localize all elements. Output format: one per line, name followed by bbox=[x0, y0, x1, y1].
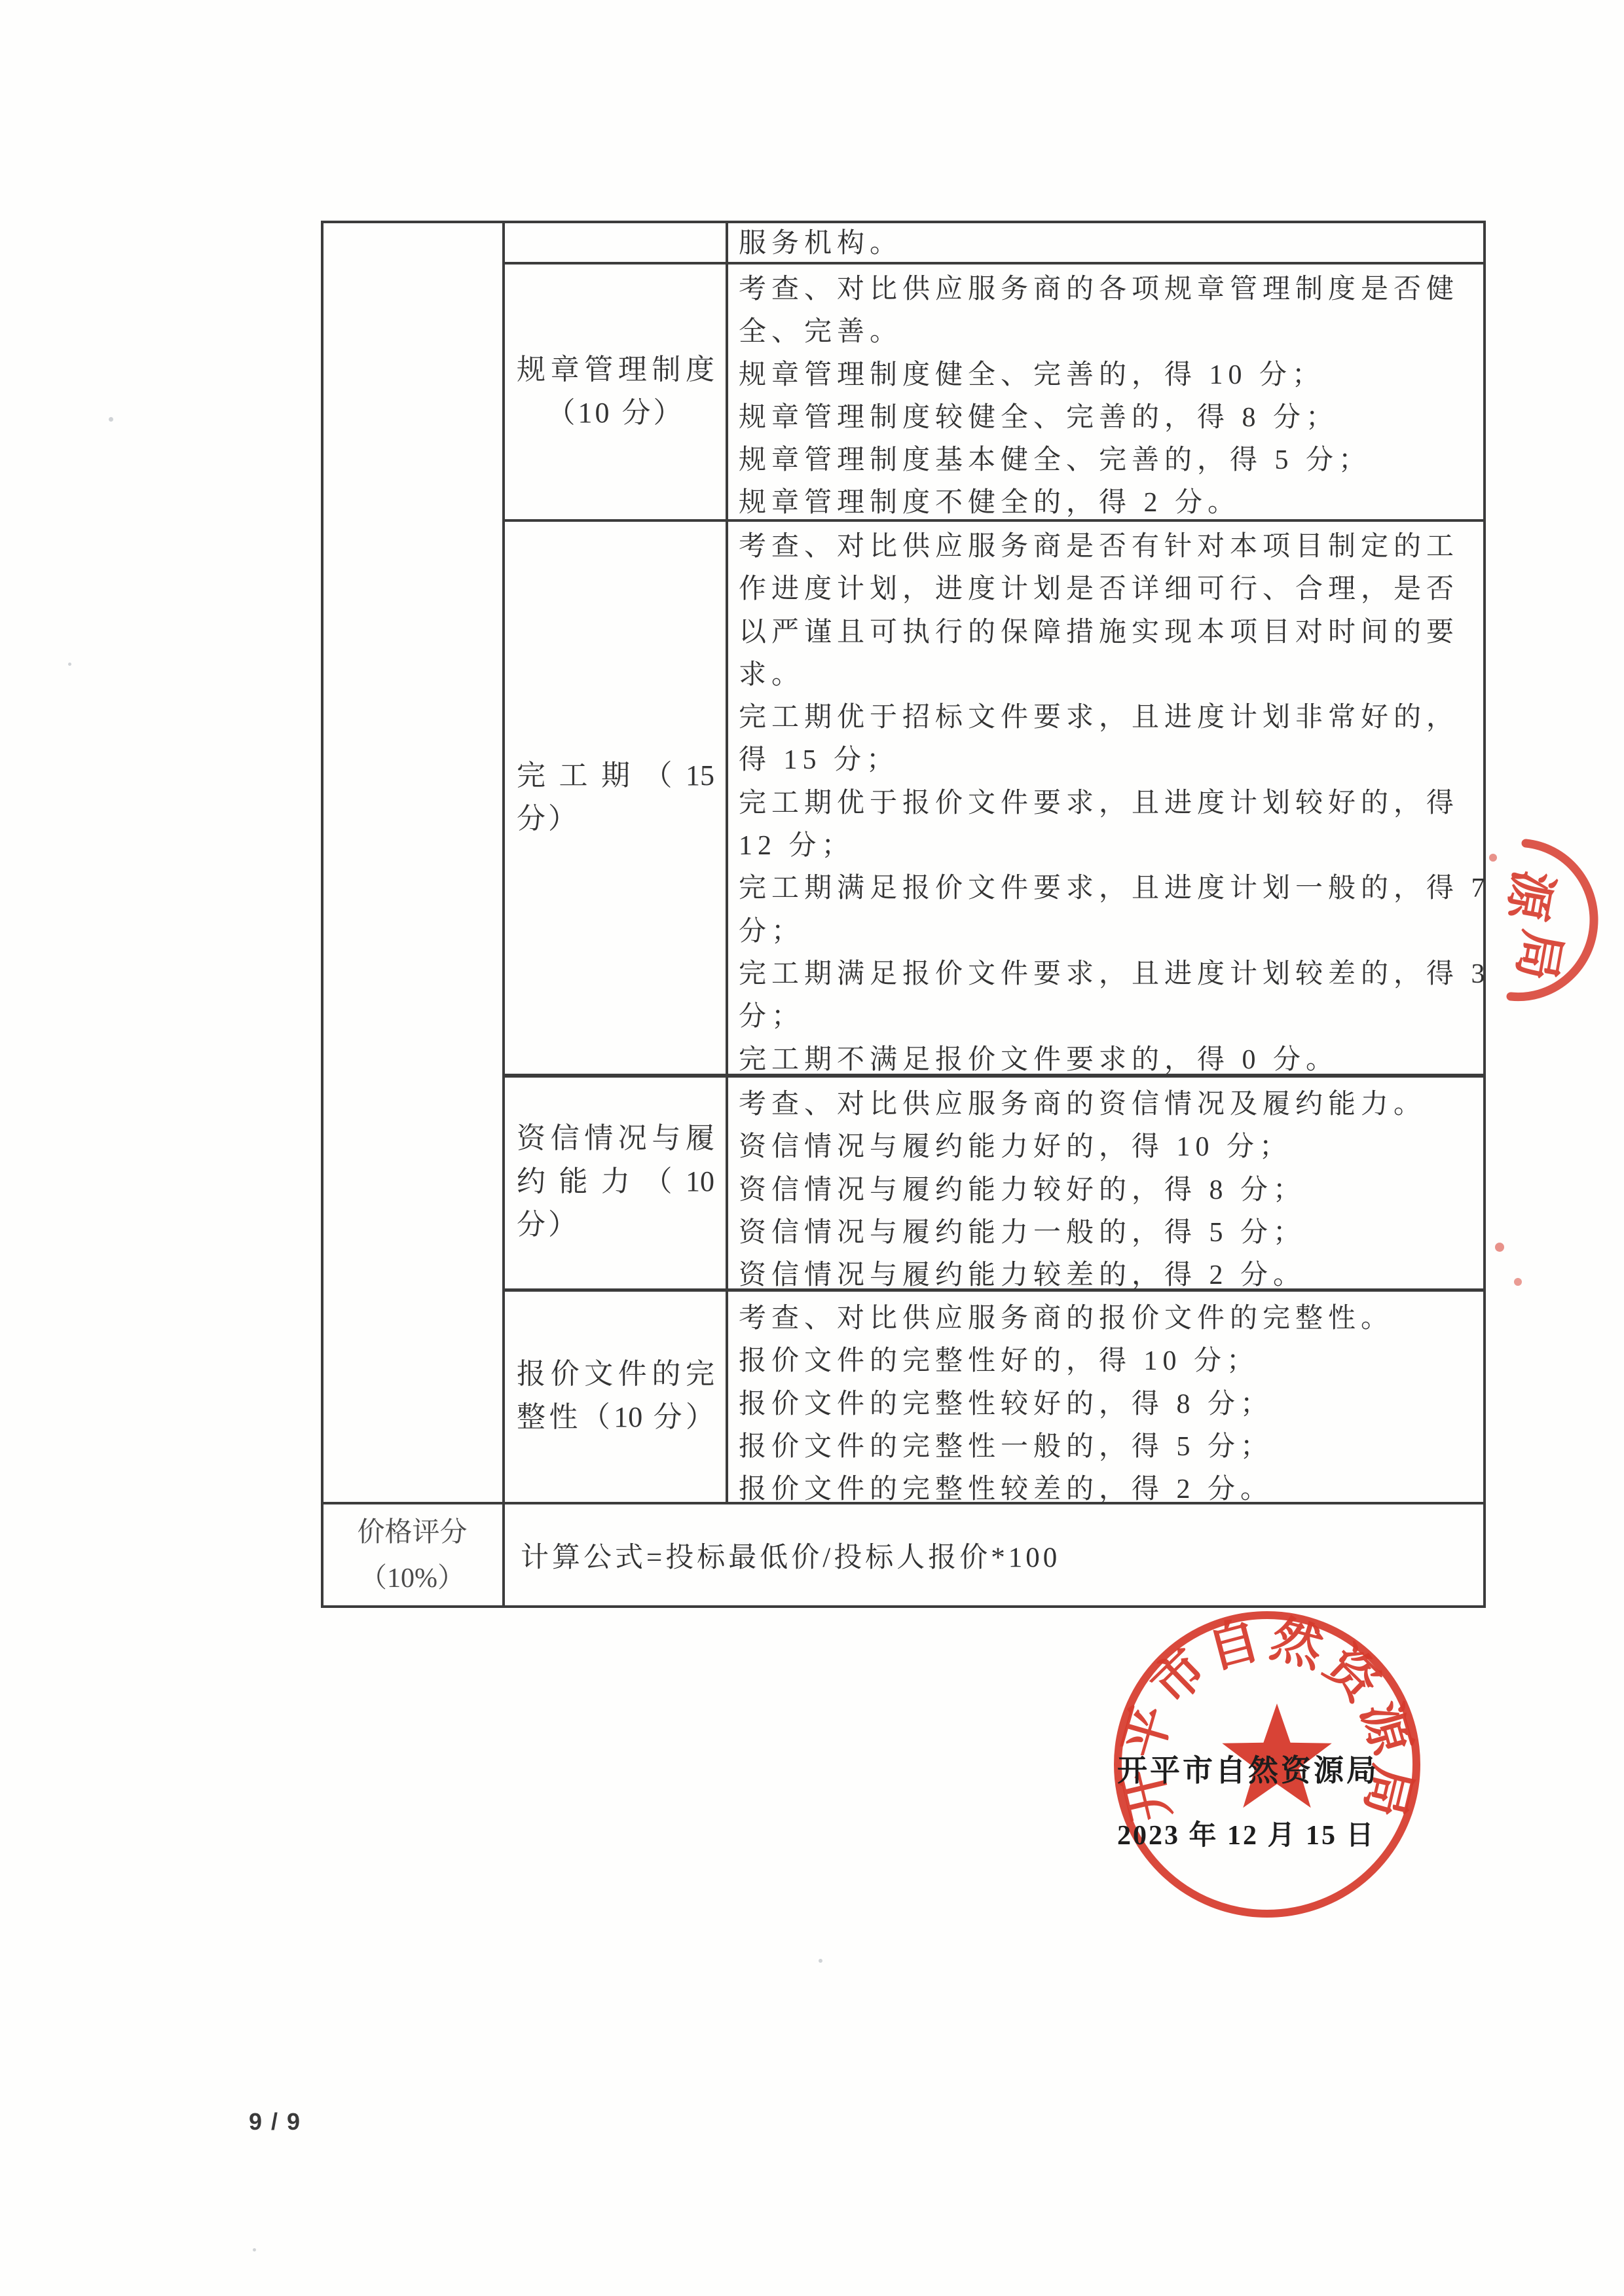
signature-date: 2023 年 12 月 15 日 bbox=[1117, 1813, 1376, 1853]
criterion-text-line: 规章管理制度健全、完善的，得 10 分； bbox=[739, 354, 1473, 397]
criterion-name-line: 分） bbox=[517, 797, 714, 841]
partial-seal-char-1: 源 bbox=[1498, 866, 1560, 926]
col-divider-1 bbox=[502, 221, 505, 1608]
criterion-name-line: （10 分） bbox=[517, 392, 714, 435]
seal-ink-speck bbox=[1514, 1278, 1522, 1286]
criterion-text-line: 分； bbox=[739, 911, 1473, 953]
signature-organization: 开平市自然资源局 bbox=[1117, 1747, 1379, 1790]
criterion-text-line: 考查、对比供应服务商的报价文件的完整性。 bbox=[739, 1298, 1473, 1340]
dust-speck bbox=[109, 417, 113, 422]
criterion-text-line: 考查、对比供应服务商的各项规章管理制度是否健 bbox=[739, 268, 1473, 311]
criterion-text-line: 规章管理制度不健全的，得 2 分。 bbox=[739, 482, 1473, 524]
criterion-desc-credit: 考查、对比供应服务商的资信情况及履约能力。资信情况与履约能力好的，得 10 分；… bbox=[739, 1084, 1473, 1297]
criterion-text-line: 完工期不满足报价文件要求的，得 0 分。 bbox=[739, 1039, 1473, 1082]
criterion-desc-rules: 考查、对比供应服务商的各项规章管理制度是否健全、完善。规章管理制度健全、完善的，… bbox=[739, 268, 1473, 525]
seal-ink-speck bbox=[1495, 1243, 1504, 1252]
criterion-text-line: 得 15 分； bbox=[739, 739, 1473, 782]
table-border-top bbox=[321, 221, 1486, 223]
dust-speck bbox=[253, 2248, 256, 2251]
col-divider-2 bbox=[726, 221, 728, 1503]
criterion-text-line: 报价文件的完整性一般的，得 5 分； bbox=[739, 1426, 1473, 1468]
seal-ink-speck bbox=[1489, 854, 1497, 862]
criterion-name-line: 整性（10 分） bbox=[517, 1396, 714, 1439]
price-score-line: （10%） bbox=[360, 1556, 465, 1601]
criterion-text-line: 完工期满足报价文件要求，且进度计划较差的，得 3 bbox=[739, 953, 1473, 996]
price-score-line: 价格评分 bbox=[357, 1510, 467, 1556]
criterion-text-line: 报价文件的完整性好的，得 10 分； bbox=[739, 1340, 1473, 1383]
criterion-name-line: 约能力（10 bbox=[517, 1160, 714, 1203]
criterion-name-line: 规章管理制度 bbox=[517, 348, 714, 392]
criterion-desc-completion: 考查、对比供应服务商是否有针对本项目制定的工作进度计划，进度计划是否详细可行、合… bbox=[739, 526, 1473, 1082]
criterion-text-line: 资信情况与履约能力一般的，得 5 分； bbox=[739, 1212, 1473, 1254]
criterion-text-line: 资信情况与履约能力较差的，得 2 分。 bbox=[739, 1254, 1473, 1297]
criterion-name-line: 报价文件的完 bbox=[517, 1353, 714, 1396]
criterion-text-line: 求。 bbox=[739, 654, 1473, 697]
criterion-text-line: 规章管理制度基本健全、完善的，得 5 分； bbox=[739, 439, 1473, 482]
criterion-text-line: 全、完善。 bbox=[739, 311, 1473, 354]
criterion-name-line: 分） bbox=[517, 1203, 714, 1247]
criterion-name-line: 完工期（15 bbox=[517, 754, 714, 797]
criterion-text-line: 报价文件的完整性较好的，得 8 分； bbox=[739, 1383, 1473, 1426]
table-border-left bbox=[321, 221, 323, 1608]
dust-speck bbox=[819, 1959, 822, 1963]
criterion-text-line: 资信情况与履约能力好的，得 10 分； bbox=[739, 1126, 1473, 1169]
criterion-name-credit: 资信情况与履 约能力（10 分） bbox=[517, 1075, 714, 1288]
criterion-text-line: 完工期优于招标文件要求，且进度计划非常好的， bbox=[739, 697, 1473, 739]
partial-seal-char-2: 局 bbox=[1507, 926, 1570, 985]
price-formula: 计算公式=投标最低价/投标人报价*100 bbox=[521, 1503, 1483, 1607]
criterion-name-line: 资信情况与履 bbox=[517, 1117, 714, 1160]
criterion-text-line: 考查、对比供应服务商的资信情况及履约能力。 bbox=[739, 1084, 1473, 1126]
criterion-name-rules: 规章管理制度 （10 分） bbox=[517, 264, 714, 519]
page-number: 9 / 9 bbox=[249, 2108, 301, 2136]
price-score-label: 价格评分 （10%） bbox=[322, 1506, 502, 1605]
criterion-text-line: 分； bbox=[739, 996, 1473, 1038]
criterion-text-line: 12 分； bbox=[739, 825, 1473, 867]
criterion-text-line: 以严谨且可执行的保障措施实现本项目对时间的要 bbox=[739, 611, 1473, 654]
criterion-text-line: 完工期满足报价文件要求，且进度计划一般的，得 7 bbox=[739, 867, 1473, 910]
continuation-cell: 服务机构。 bbox=[739, 225, 1472, 262]
document-page: 源 局 服务机构。 规章管理制度 （10 分） 考查、对比供应服务商的各项规章管… bbox=[0, 0, 1624, 2296]
criterion-text-line: 作进度计划，进度计划是否详细可行、合理，是否 bbox=[739, 568, 1473, 611]
criterion-name-completion: 完工期（15 分） bbox=[517, 520, 714, 1074]
criterion-text-line: 完工期优于报价文件要求，且进度计划较好的，得 bbox=[739, 782, 1473, 825]
dust-speck bbox=[68, 663, 71, 666]
criterion-desc-quotation: 考查、对比供应服务商的报价文件的完整性。报价文件的完整性好的，得 10 分；报价… bbox=[739, 1298, 1473, 1511]
seal-ring-text: 开平市自然资源局 bbox=[1113, 1610, 1422, 1827]
criterion-name-quotation: 报价文件的完 整性（10 分） bbox=[517, 1290, 714, 1502]
criterion-text-line: 资信情况与履约能力较好的，得 8 分； bbox=[739, 1169, 1473, 1212]
criterion-text-line: 考查、对比供应服务商是否有针对本项目制定的工 bbox=[739, 526, 1473, 568]
criterion-text-line: 规章管理制度较健全、完善的，得 8 分； bbox=[739, 397, 1473, 439]
